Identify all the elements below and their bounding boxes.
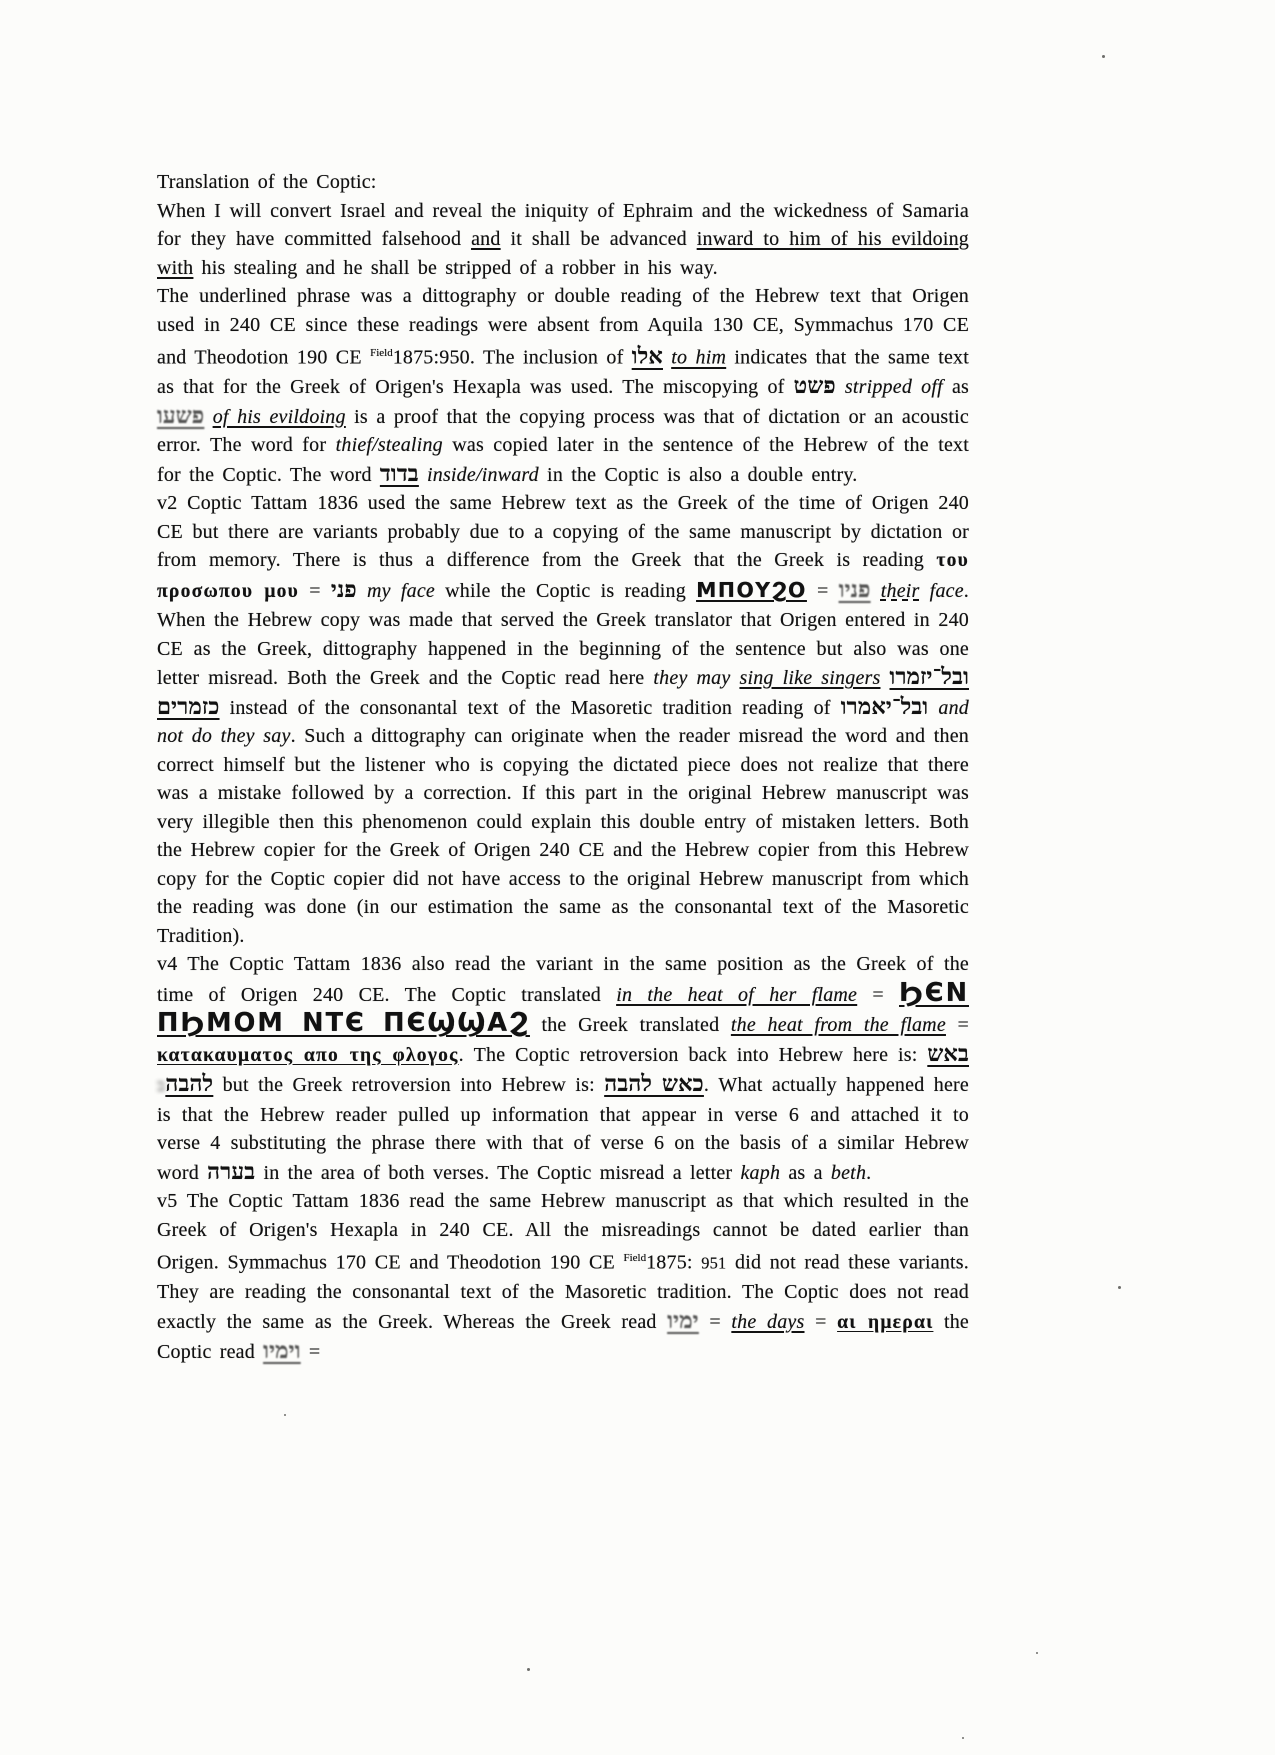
text-run: in the heat of her flame — [616, 984, 857, 1006]
paragraph: v2 Coptic Tattam 1836 used the same Hebr… — [157, 489, 969, 950]
text-run — [836, 376, 845, 398]
text-run — [871, 580, 881, 602]
text-run: = — [299, 580, 331, 602]
text-run: instead of the consonantal text of the M… — [220, 697, 841, 719]
text-run: inside/inward — [427, 464, 539, 486]
paragraph: When I will convert Israel and reveal th… — [157, 197, 969, 283]
hebrew-text: פני — [331, 577, 357, 602]
scan-speck — [284, 1414, 286, 1416]
hebrew-text: בדוד — [380, 461, 419, 486]
text-run — [928, 697, 938, 719]
text-run: = — [699, 1311, 732, 1333]
text-run: his stealing and he shall be stripped of… — [193, 257, 717, 279]
text-run: in the area of both verses. The Coptic m… — [255, 1162, 740, 1184]
paragraph: The underlined phrase was a dittography … — [157, 282, 969, 489]
text-run: as a — [780, 1162, 831, 1184]
document-text-block: Translation of the Coptic: When I will c… — [157, 168, 969, 1367]
text-run: . — [866, 1162, 871, 1184]
text-run: the heat from the flame — [731, 1014, 946, 1036]
text-run: while the Coptic is reading — [435, 580, 696, 602]
hebrew-text-smudged: פשעו — [157, 403, 204, 428]
text-run: to him — [671, 347, 726, 369]
text-run: but the Greek retroversion into Hebrew i… — [213, 1074, 604, 1096]
text-run: = — [946, 1014, 969, 1036]
text-run: = — [805, 1311, 838, 1333]
text-run: 1875: — [646, 1252, 701, 1274]
text-run — [357, 580, 367, 602]
text-run: . The Coptic retroversion back into Hebr… — [459, 1044, 928, 1066]
text-run: of his evildoing — [213, 406, 346, 428]
smudge-mark: ב — [157, 1076, 165, 1095]
text-run: it shall be advanced — [501, 228, 697, 250]
text-run: 1875:950. The inclusion of — [393, 347, 632, 369]
hebrew-text-smudged: וימיו — [263, 1338, 300, 1363]
text-run: their — [881, 580, 920, 602]
paragraph: v5 The Coptic Tattam 1836 read the same … — [157, 1187, 969, 1367]
citation-superscript: Field — [623, 1252, 646, 1264]
text-run: kaph — [740, 1162, 780, 1184]
text-run: face — [920, 580, 964, 602]
scan-speck — [962, 1737, 964, 1739]
paragraph: v4 The Coptic Tattam 1836 also read the … — [157, 950, 969, 1187]
hebrew-text: אלו — [632, 344, 663, 369]
text-run: v2 Coptic Tattam 1836 used the same Hebr… — [157, 492, 969, 571]
text-run: 951 — [701, 1254, 726, 1273]
paragraphs-container: When I will convert Israel and reveal th… — [157, 197, 969, 1367]
text-run: and — [471, 228, 500, 250]
page-title: Translation of the Coptic: — [157, 168, 969, 197]
text-run: sing like singers — [739, 667, 880, 689]
hebrew-text: פשט — [794, 373, 836, 398]
hebrew-text-smudged: ימיו — [667, 1308, 699, 1333]
text-run: the Greek translated — [530, 1014, 731, 1036]
text-run: . Such a dittography can originate when … — [157, 725, 969, 947]
scan-speck — [1102, 55, 1105, 58]
greek-text: αι ημεραι — [837, 1312, 933, 1333]
coptic-text: ΜΠΟΥϨΟ — [696, 578, 807, 602]
text-run — [419, 464, 427, 486]
text-run: = — [857, 984, 899, 1006]
hebrew-text-smudged: פניו — [839, 577, 871, 602]
text-run: in the Coptic is also a double entry. — [539, 464, 858, 486]
text-run: my face — [367, 580, 435, 602]
scan-speck — [1118, 1286, 1121, 1289]
text-run: thief/stealing — [336, 434, 443, 456]
text-run — [204, 406, 212, 428]
greek-text: κατακαυματος απο της φλογος — [157, 1045, 459, 1066]
text-run — [881, 667, 890, 689]
text-run: = — [807, 580, 839, 602]
hebrew-text: בערה — [207, 1159, 255, 1184]
text-run: stripped off — [845, 376, 943, 398]
hebrew-text: ובל־יאמרו — [841, 694, 929, 719]
hebrew-text: כאש להבה — [604, 1071, 704, 1096]
text-run: the days — [731, 1311, 804, 1333]
scan-speck — [1036, 1652, 1038, 1654]
scanned-document-page: Translation of the Coptic: When I will c… — [0, 0, 1275, 1755]
text-run: as — [943, 376, 969, 398]
text-run: beth — [831, 1162, 866, 1184]
text-run: = — [301, 1341, 321, 1363]
text-run: they may — [653, 667, 730, 689]
scan-speck — [527, 1668, 530, 1671]
citation-superscript: Field — [370, 347, 393, 359]
